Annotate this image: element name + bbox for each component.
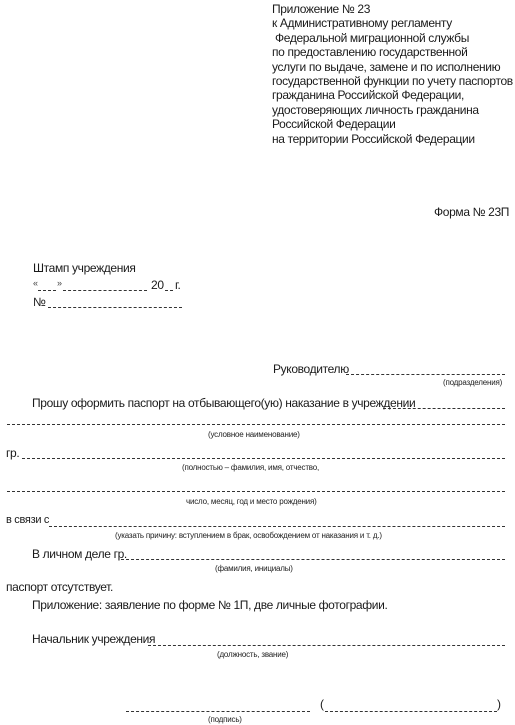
institution-field[interactable] [383,408,505,409]
head-caption: (должность, звание) [217,650,288,659]
institution-field-cont[interactable] [7,424,505,425]
citizen-caption-1: (полностью – фамилия, имя, отчество, [182,463,319,472]
header-line: по предоставлению государственной [272,45,513,59]
signature-caption: (подпись) [208,715,242,724]
personal-file-label: В личном деле гр. [32,547,127,561]
institution-caption: (условное наименование) [208,430,300,439]
personal-file-field[interactable] [121,559,505,560]
number-label: № [33,295,46,309]
head-position-field[interactable] [148,645,505,646]
header-line: на территории Российской Федерации [272,132,513,146]
citizen-birth-field[interactable] [7,491,505,492]
citizen-name-field[interactable] [22,458,505,459]
attachment-text: Приложение: заявление по форме № 1П, две… [32,598,387,612]
personal-file-caption: (фамилия, инициалы) [215,564,293,573]
header-line: гражданина Российской Федерации, [272,88,513,102]
appendix-header: Приложение № 23 к Административному регл… [272,2,513,146]
recipient-label: Руководителю [273,362,349,376]
subdivision-field[interactable] [346,374,505,375]
head-label: Начальник учреждения [32,632,155,646]
citizen-caption-2: число, месяц, год и место рождения) [186,497,317,506]
citizen-label: гр. [6,446,19,460]
form-number: Форма № 23П [434,205,509,219]
absent-text: паспорт отсутствует. [6,580,113,594]
day-field[interactable] [38,290,56,291]
reason-field[interactable] [49,526,505,527]
year-suffix: г. [175,278,181,292]
year-prefix: 20 [151,278,164,292]
name-open-paren: ( [320,697,324,711]
header-line: государственной функции по учету паспорт… [272,74,513,88]
header-line: Российской Федерации [272,117,513,131]
name-close-paren: ) [497,697,501,711]
year-field[interactable] [165,290,173,291]
date-close-quote: » [57,278,62,288]
stamp-label: Штамп учреждения [33,261,136,275]
name-decoding-field[interactable] [325,711,497,712]
header-line: Приложение № 23 [272,2,513,16]
number-field[interactable] [48,307,182,308]
signature-field[interactable] [126,711,310,712]
reason-caption: (указать причину: вступлением в брак, ос… [115,531,382,540]
header-line: услуги по выдаче, замене и по исполнению [272,60,513,74]
header-line: Федеральной миграционной службы [272,31,513,45]
request-text: Прошу оформить паспорт на отбывающего(ую… [32,396,415,410]
reason-label: в связи с [6,514,49,526]
month-field[interactable] [63,290,147,291]
header-line: к Административному регламенту [272,16,513,30]
subdivision-caption: (подразделения) [443,378,502,387]
date-open-quote: « [33,278,38,288]
header-line: удостоверяющих личность гражданина [272,103,513,117]
